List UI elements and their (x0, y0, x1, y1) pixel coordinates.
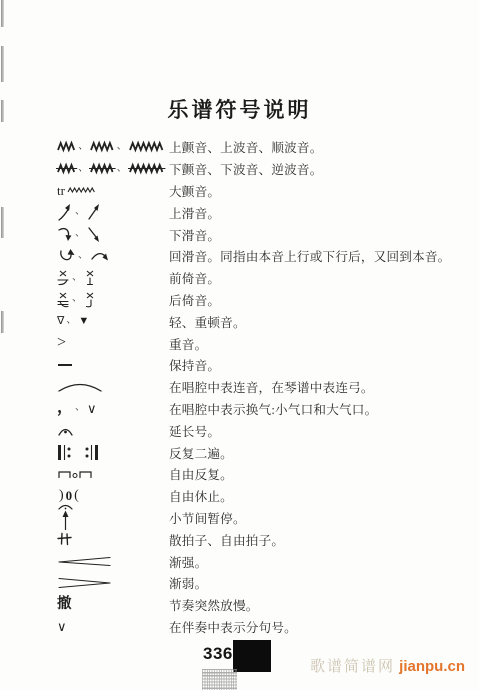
lower-wave-icon (90, 164, 115, 173)
phrase-mark-icon: ∨ (57, 620, 67, 633)
upper-trill-icon (57, 142, 76, 151)
symbol-cell (57, 444, 169, 461)
symbol-description: 小节间暂停。 (169, 508, 246, 527)
symbol-description: 保持音。 (169, 355, 220, 374)
free-rest-open-icon: ) (57, 489, 66, 503)
separator: 、 (115, 142, 129, 152)
slide-down-line-icon (87, 225, 101, 243)
separator: 、 (70, 273, 84, 283)
grace-after-icon (57, 291, 70, 308)
separator: 、 (115, 164, 129, 174)
row-crescendo: 渐强。 (57, 550, 473, 572)
symbol-description: 渐强。 (169, 552, 207, 571)
slide-up-line-icon (87, 203, 101, 221)
row-slide-up: 、上滑音。 (57, 201, 473, 223)
scan-artifact (1, 0, 4, 27)
symbol-description: 渐弱。 (169, 573, 207, 592)
scan-artifact (1, 46, 4, 82)
symbol-cell: 、 (57, 269, 169, 286)
symbol-description: 下滑音。 (169, 225, 220, 244)
symbol-cell: 、、 (57, 142, 169, 152)
small-breath-icon: ， (57, 400, 73, 416)
row-staccato: ∇、▼轻、重顿音。 (57, 310, 473, 332)
scan-artifact (1, 311, 4, 333)
row-phrase-mark: ∨在伴奏中表示分句号。 (57, 616, 473, 638)
symbol-cell: 、、 (57, 164, 169, 174)
separator: 、 (76, 251, 90, 261)
lower-trill-icon (57, 164, 76, 173)
separator: 、 (64, 316, 78, 326)
bar-pause-icon (57, 504, 74, 531)
accent-icon: > (57, 335, 66, 351)
symbol-cell: > (57, 335, 169, 351)
light-staccato-icon: ∇ (57, 316, 64, 327)
symbol-cell (57, 504, 169, 531)
page-number: 336 (203, 644, 233, 664)
repeat-end-icon (83, 444, 99, 461)
row-return-slide: 、回滑音。同指由本音上行或下行后，又回到本音。 (57, 245, 473, 267)
free-meter-icon (57, 532, 72, 546)
symbol-cell: ∨ (57, 620, 169, 633)
symbol-description: 后倚音。 (169, 290, 220, 309)
symbol-cell (57, 577, 169, 589)
symbol-description: 上滑音。 (169, 203, 220, 222)
book-page: 乐谱符号说明 、、上颤音、上波音、顺波音。、、下颤音、下波音、逆波音。tr大颤音… (0, 0, 479, 690)
symbol-description: 反复二遍。 (169, 443, 233, 462)
crescendo-icon (57, 556, 112, 567)
micro-print-block (202, 669, 237, 690)
grace-after-alt-icon (84, 291, 97, 308)
symbol-table: 、、上颤音、上波音、顺波音。、、下颤音、下波音、逆波音。tr大颤音。、上滑音。、… (57, 136, 473, 637)
row-grace-after: 、后倚音。 (57, 289, 473, 311)
trill-tr-label: tr (57, 184, 67, 197)
symbol-description: 在唱腔中表连音，在琴谱中表连弓。 (169, 377, 374, 396)
row-accent: >重音。 (57, 332, 473, 354)
decrescendo-icon (57, 577, 112, 589)
return-slide-loop-icon (57, 248, 76, 264)
row-tenuto: 保持音。 (57, 354, 473, 376)
heavy-staccato-icon: ▼ (78, 316, 89, 327)
symbol-cell: 、 (57, 225, 169, 243)
forward-wave-icon (129, 142, 164, 151)
grace-before-alt-icon (84, 269, 97, 286)
slide-down-curve-icon (57, 225, 73, 243)
scan-artifact (1, 207, 4, 238)
row-free-repeat: 自由反复。 (57, 463, 473, 485)
symbol-description: 自由休止。 (169, 486, 233, 505)
watermark: 歌谱简谱网 jianpu.cn (310, 655, 465, 676)
scan-artifact (1, 100, 4, 122)
page-title: 乐谱符号说明 (0, 94, 479, 124)
symbol-description: 节奏突然放慢。 (169, 595, 259, 614)
row-slide-down: 、下滑音。 (57, 223, 473, 245)
symbol-cell: tr (57, 184, 169, 197)
symbol-cell (57, 556, 169, 567)
symbol-description: 在唱腔中表示换气:小气口和大气口。 (169, 399, 377, 418)
row-ritenuto: 撤节奏突然放慢。 (57, 594, 473, 616)
row-breath: ，、∨在唱腔中表示换气:小气口和大气口。 (57, 398, 473, 420)
symbol-description: 大颤音。 (169, 181, 220, 200)
large-breath-icon: ∨ (87, 402, 97, 415)
symbol-cell: 、 (57, 248, 169, 264)
symbol-description: 重音。 (169, 334, 207, 353)
symbol-cell: 、 (57, 203, 169, 221)
symbol-description: 下颤音、下波音、逆波音。 (169, 159, 323, 178)
symbol-cell: ∇、▼ (57, 316, 169, 327)
tenuto-icon (57, 361, 73, 369)
fermata-icon (57, 425, 74, 436)
ink-block (233, 640, 271, 672)
symbol-cell (57, 425, 169, 436)
symbol-cell: 撤 (57, 597, 169, 612)
symbol-description: 在伴奏中表示分句号。 (169, 617, 297, 636)
slide-up-curve-icon (57, 203, 73, 221)
symbol-cell (57, 468, 169, 480)
separator: 、 (73, 229, 87, 239)
symbol-description: 前倚音。 (169, 268, 220, 287)
row-slur: 在唱腔中表连音，在琴谱中表连弓。 (57, 376, 473, 398)
symbol-description: 散拍子、自由拍子。 (169, 530, 284, 549)
free-repeat-icon (57, 468, 94, 480)
row-bar-pause: 小节间暂停。 (57, 507, 473, 529)
repeat-start-icon (57, 444, 73, 461)
row-grace-before: 、前倚音。 (57, 267, 473, 289)
return-slide-arc-icon (90, 249, 110, 263)
row-free-meter: 散拍子、自由拍子。 (57, 528, 473, 550)
symbol-description: 轻、重顿音。 (169, 312, 246, 331)
row-lower-trill: 、、下颤音、下波音、逆波音。 (57, 158, 473, 180)
symbol-cell: ，、∨ (57, 400, 169, 416)
symbol-description: 延长号。 (169, 421, 220, 440)
separator: 、 (70, 294, 84, 304)
upper-wave-icon (90, 142, 115, 151)
row-upper-trill: 、、上颤音、上波音、顺波音。 (57, 136, 473, 158)
symbol-cell: 、 (57, 291, 169, 308)
free-rest-close-icon: ( (72, 489, 81, 503)
symbol-cell: )0( (57, 489, 169, 503)
row-long-trill: tr大颤音。 (57, 180, 473, 202)
symbol-description: 回滑音。同指由本音上行或下行后，又回到本音。 (169, 246, 450, 265)
symbol-description: 上颤音、上波音、顺波音。 (169, 137, 323, 156)
separator: 、 (73, 207, 87, 217)
symbol-description: 自由反复。 (169, 464, 233, 483)
symbol-cell (57, 532, 169, 546)
slur-icon (57, 381, 103, 392)
reverse-wave-icon (129, 164, 164, 173)
separator: 、 (76, 164, 90, 174)
symbol-cell (57, 361, 169, 369)
separator: 、 (76, 142, 90, 152)
grace-before-icon (57, 269, 70, 286)
row-decrescendo: 渐弱。 (57, 572, 473, 594)
separator: 、 (73, 403, 87, 413)
watermark-site-name: 歌谱简谱网 (310, 658, 395, 675)
symbol-cell (57, 381, 169, 392)
trill-wave-icon (67, 187, 96, 193)
row-repeat: 反复二遍。 (57, 441, 473, 463)
che-character: 撤 (57, 597, 72, 612)
watermark-site-url: jianpu.cn (399, 658, 465, 675)
row-fermata: 延长号。 (57, 419, 473, 441)
